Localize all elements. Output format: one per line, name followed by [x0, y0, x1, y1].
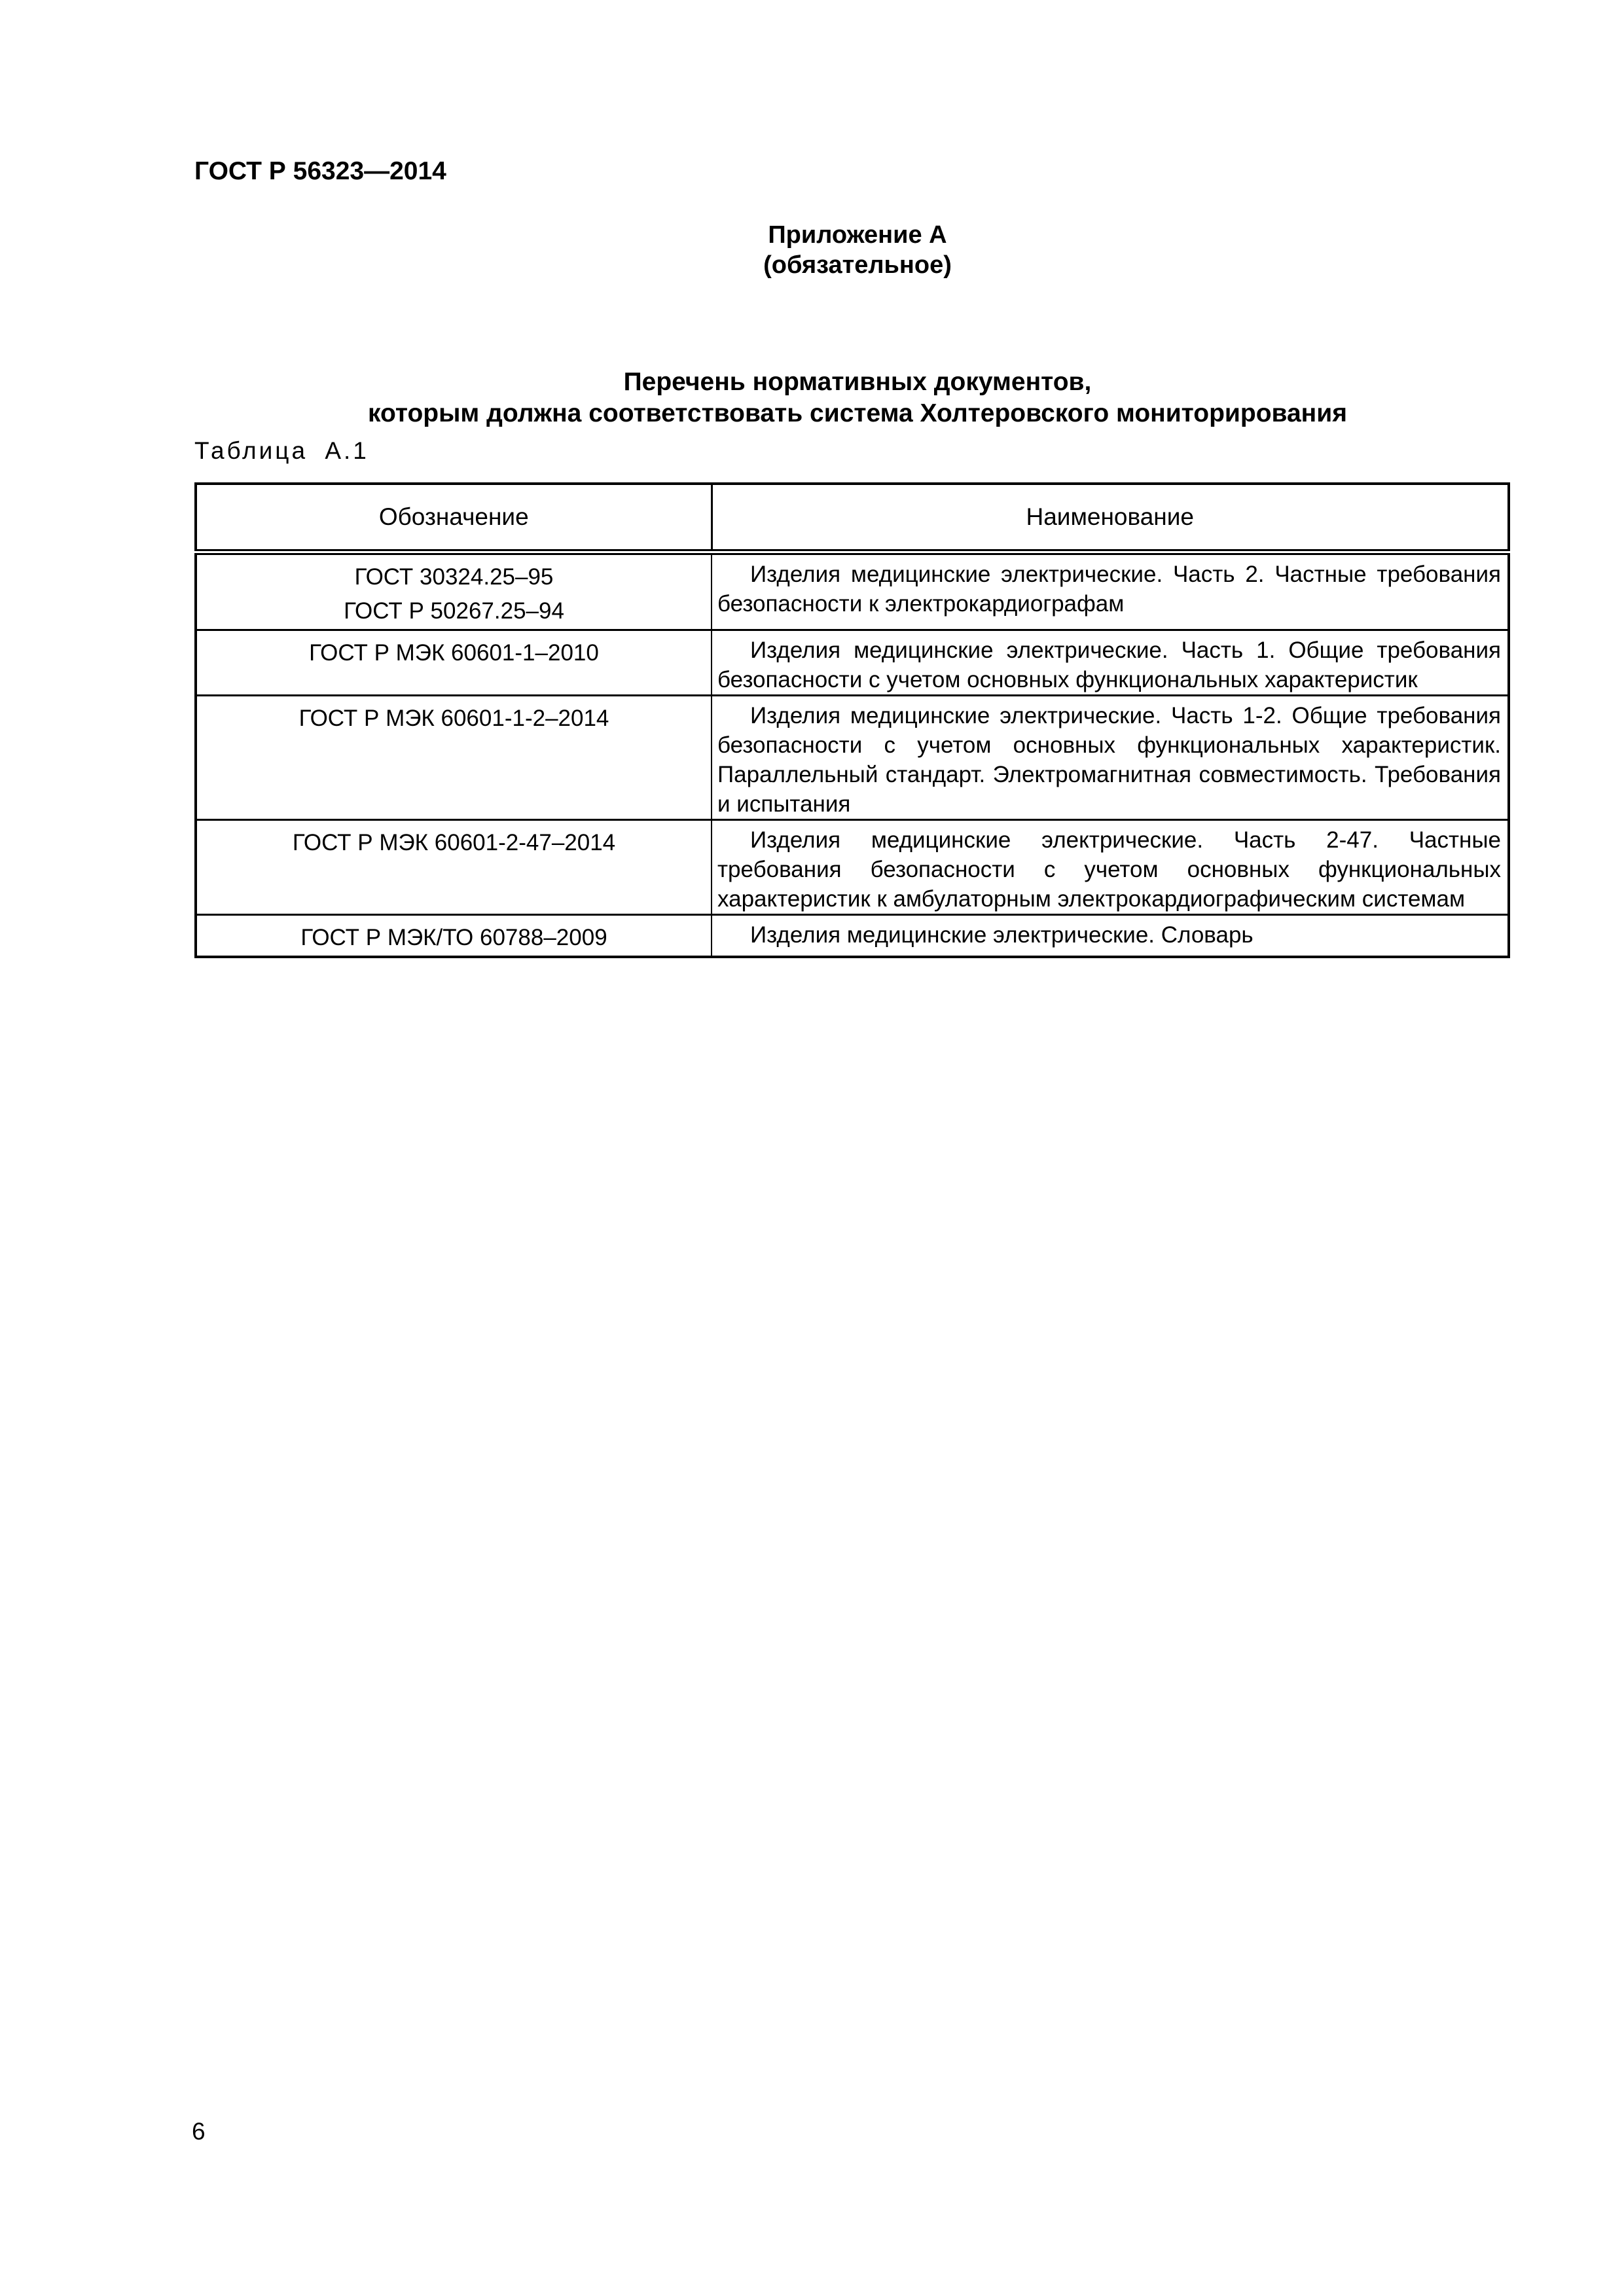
section-title: Перечень нормативных документов, которым… [194, 367, 1521, 429]
standards-table-header: Обозначение Наименование [196, 484, 1509, 552]
designation-cell: ГОСТ Р МЭК/ТО 60788–2009 [196, 914, 712, 957]
name-cell: Изделия медицинские электрические. Часть… [712, 630, 1509, 695]
header-row: Обозначение Наименование [196, 484, 1509, 552]
name-cell: Изделия медицинские электрические. Часть… [712, 695, 1509, 819]
document-page: ГОСТ Р 56323—2014 Приложение А (обязател… [0, 0, 1624, 2296]
section-title-line2: которым должна соответствовать система Х… [194, 398, 1521, 429]
appendix-subtitle: (обязательное) [194, 250, 1521, 280]
designation-line: ГОСТ Р МЭК/ТО 60788–2009 [198, 921, 710, 955]
designation-cell: ГОСТ Р МЭК 60601-1-2–2014 [196, 695, 712, 819]
designation-cell: ГОСТ Р МЭК 60601-2-47–2014 [196, 819, 712, 914]
designation-line: ГОСТ Р 50267.25–94 [198, 594, 710, 628]
table-row: ГОСТ Р МЭК 60601-1–2010 Изделия медицинс… [196, 630, 1509, 695]
appendix-title: Приложение А [194, 220, 1521, 250]
section-title-line1: Перечень нормативных документов, [194, 367, 1521, 398]
document-code: ГОСТ Р 56323—2014 [194, 157, 446, 186]
page-number: 6 [192, 2118, 206, 2145]
standards-table: Обозначение Наименование ГОСТ 30324.25–9… [194, 482, 1510, 958]
designation-line: ГОСТ Р МЭК 60601-1-2–2014 [198, 702, 710, 736]
designation-cell: ГОСТ Р МЭК 60601-1–2010 [196, 630, 712, 695]
designation-line: ГОСТ Р МЭК 60601-1–2010 [198, 636, 710, 670]
appendix-heading: Приложение А (обязательное) [194, 220, 1521, 280]
table-row: ГОСТ Р МЭК 60601-1-2–2014 Изделия медици… [196, 695, 1509, 819]
designation-line: ГОСТ Р МЭК 60601-2-47–2014 [198, 826, 710, 860]
standards-table-body: ГОСТ 30324.25–95ГОСТ Р 50267.25–94 Издел… [196, 552, 1509, 957]
table-row: ГОСТ Р МЭК/ТО 60788–2009 Изделия медицин… [196, 914, 1509, 957]
name-cell: Изделия медицинские электрические. Слова… [712, 914, 1509, 957]
designation-line: ГОСТ 30324.25–95 [198, 560, 710, 594]
table-label: Таблица А.1 [194, 437, 369, 465]
table-row: ГОСТ Р МЭК 60601-2-47–2014 Изделия медиц… [196, 819, 1509, 914]
column-header-designation: Обозначение [196, 484, 712, 552]
table-row: ГОСТ 30324.25–95ГОСТ Р 50267.25–94 Издел… [196, 552, 1509, 630]
name-cell: Изделия медицинские электрические. Часть… [712, 552, 1509, 630]
designation-cell: ГОСТ 30324.25–95ГОСТ Р 50267.25–94 [196, 552, 712, 630]
name-cell: Изделия медицинские электрические. Часть… [712, 819, 1509, 914]
column-header-name: Наименование [712, 484, 1509, 552]
